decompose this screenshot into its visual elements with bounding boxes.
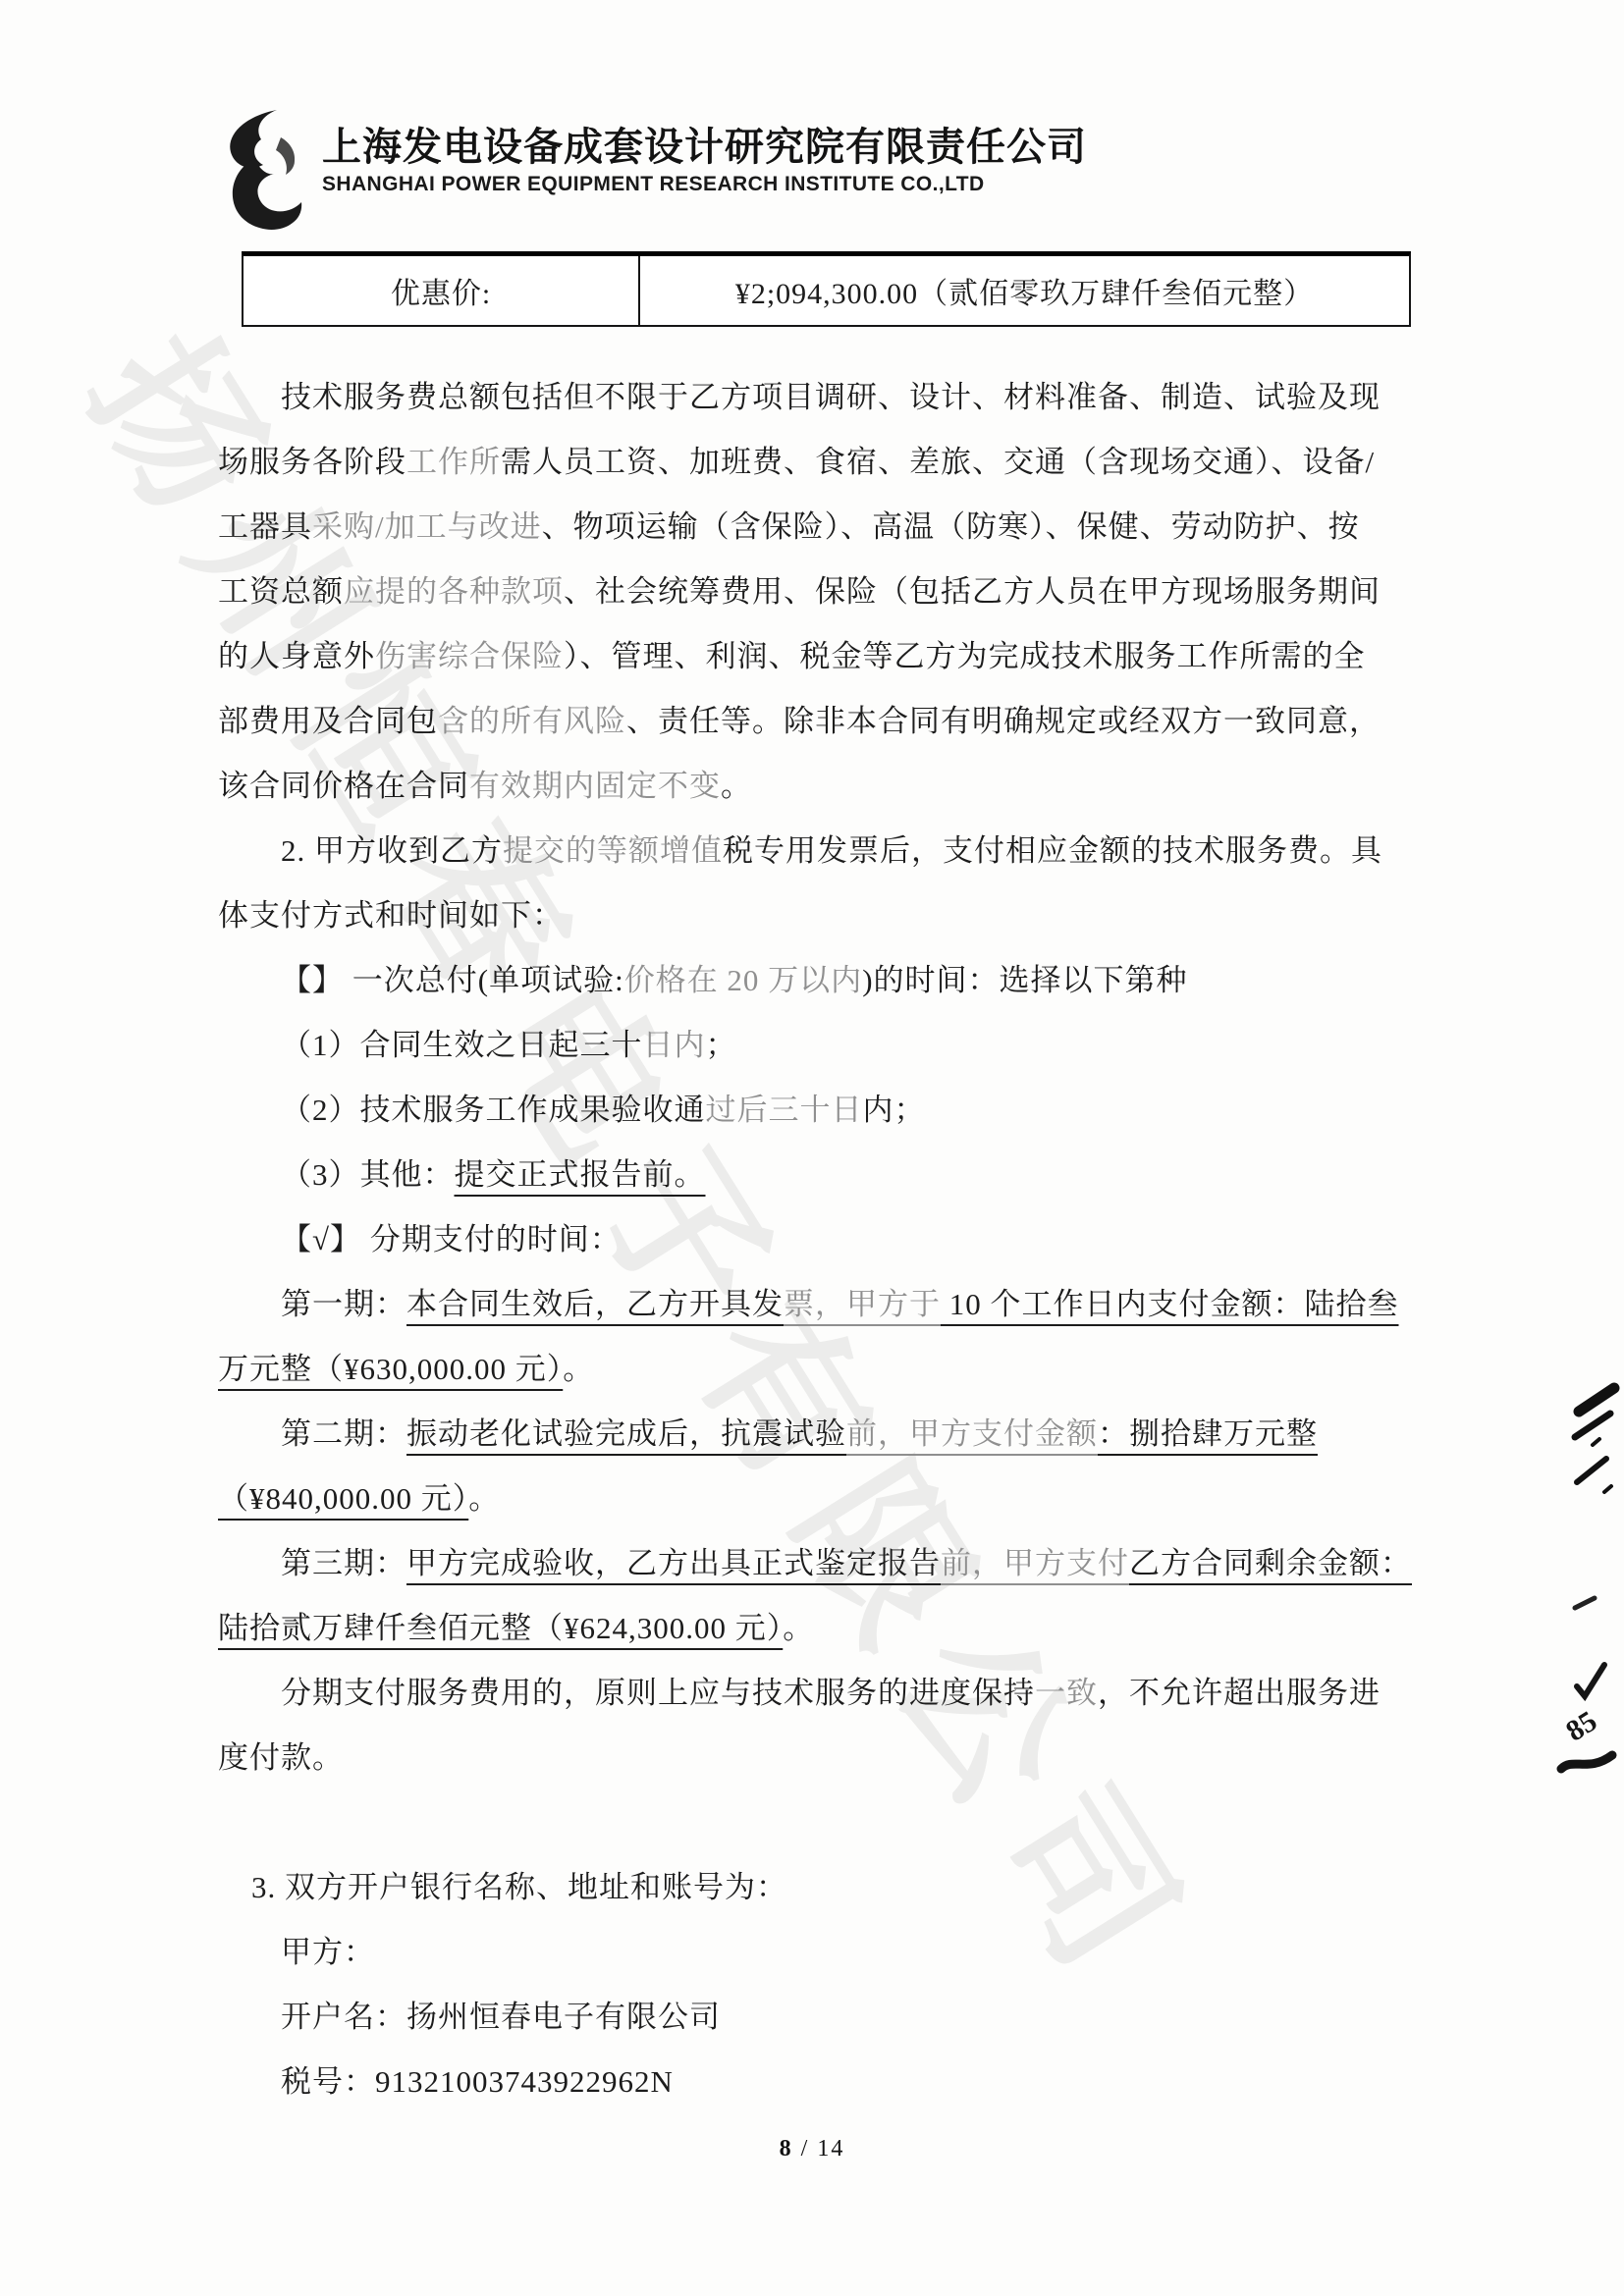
text-run: ； [706, 1028, 737, 1062]
text-run: 、社会统筹费用、保险（包括乙方人员在甲方现场服务期间 [564, 574, 1380, 609]
text-run: 。 [721, 769, 752, 803]
text-line: 【】 一次总付(单项试验:价格在 20 万以内)的时间：选择以下第种 [281, 948, 1411, 1013]
text-line: 的人身意外伤害综合保险）、管理、利润、税金等乙方为完成技术服务工作所需的全 [218, 624, 1411, 689]
text-run: 的人身意外 [218, 639, 375, 673]
text-run: 第一期： [281, 1287, 406, 1321]
text-run: 前，甲方支付 [941, 1546, 1129, 1580]
page-number-current: 8 [780, 2136, 793, 2162]
text-run: 过后三十日 [706, 1093, 863, 1127]
text-line: 第二期：振动老化试验完成后，抗震试验前，甲方支付金额：捌拾肆万元整 [281, 1402, 1411, 1467]
text-run: 第二期： [281, 1416, 406, 1451]
text-run: 2. 甲方收到乙方 [281, 833, 503, 868]
text-run: )的时间：选择以下第种 [862, 963, 1187, 997]
text-run: 。 [563, 1352, 594, 1386]
page-footer: 8 / 14 [0, 2136, 1624, 2163]
ink-squiggle-mark [1555, 1743, 1618, 1777]
text-line: 2. 甲方收到乙方提交的等额增值税专用发票后，支付相应金额的技术服务费。具 [281, 819, 1411, 883]
page-number-total: 14 [817, 2136, 844, 2162]
text-run: 甲方完成验收，乙方出具正式鉴定报告 [406, 1546, 941, 1580]
text-run: 价格在 20 万以内 [624, 963, 863, 997]
text-run: 工器具 [218, 509, 312, 544]
text-line: 第一期：本合同生效后，乙方开具发票，甲方于 10 个工作日内支付金额：陆拾叁 [281, 1272, 1411, 1337]
text-line: 技术服务费总额包括但不限于乙方项目调研、设计、材料准备、制造、试验及现 [281, 365, 1411, 430]
text-run: 开户名：扬州恒春电子有限公司 [281, 2000, 721, 2034]
text-run: 日内 [643, 1028, 706, 1062]
text-run: （3）其他： [281, 1157, 455, 1192]
text-run: 万元整（¥630,000.00 元） [218, 1352, 563, 1386]
text-line: 第三期：甲方完成验收，乙方出具正式鉴定报告前，甲方支付乙方合同剩余金额： [281, 1531, 1411, 1596]
text-run: 采购/加工与改进 [312, 509, 542, 544]
text-run: 陆拾贰万肆仟叁佰元整（¥624,300.00 元） [218, 1611, 783, 1645]
contract-body: 技术服务费总额包括但不限于乙方项目调研、设计、材料准备、制造、试验及现场服务各阶… [218, 365, 1411, 2114]
price-table-row: 优惠价: ¥2;094,300.00（贰佰零玖万肆仟叁佰元整） [242, 251, 1411, 327]
text-run: 工作所 [406, 445, 501, 479]
text-line: 工资总额应提的各种款项、社会统筹费用、保险（包括乙方人员在甲方现场服务期间 [218, 560, 1411, 624]
text-line: 场服务各阶段工作所需人员工资、加班费、食宿、差旅、交通（含现场交通）、设备/ [218, 430, 1411, 495]
text-run: 税专用发票后，支付相应金额的技术服务费。具 [723, 833, 1382, 868]
text-run: 工资总额 [218, 574, 344, 609]
text-run: 伤害综合保险 [375, 639, 564, 673]
text-run: ）、管理、利润、税金等乙方为完成技术服务工作所需的全 [564, 639, 1366, 673]
price-value-cell: ¥2;094,300.00（贰佰零玖万肆仟叁佰元整） [640, 256, 1409, 325]
text-run: 有效期内固定不变 [469, 769, 721, 803]
text-run: 。 [468, 1481, 500, 1516]
text-line: 【√】 分期支付的时间： [281, 1207, 1411, 1272]
text-run: （¥840,000.00 元） [218, 1481, 468, 1516]
price-label-cell: 优惠价: [244, 256, 640, 325]
text-run: 、物项运输（含保险）、高温（防寒）、保健、劳动防护、按 [542, 509, 1360, 544]
text-run: （2）技术服务工作成果验收通 [281, 1093, 706, 1127]
page-number-separator: / [793, 2136, 818, 2162]
letterhead-text: 上海发电设备成套设计研究院有限责任公司 SHANGHAI POWER EQUIP… [322, 108, 1087, 196]
text-run: （1）合同生效之日起三十 [281, 1028, 643, 1062]
text-line: 陆拾贰万肆仟叁佰元整（¥624,300.00 元）。 [218, 1596, 1411, 1661]
text-run: 场服务各阶段 [218, 445, 406, 479]
company-logo-icon [224, 108, 304, 234]
margin-note-number: 85 [1560, 1705, 1602, 1749]
text-run: 应提的各种款项 [344, 574, 564, 609]
blank-line [218, 1790, 1411, 1855]
text-run: 部费用及合同包 [218, 704, 438, 738]
document-page: 扬州恒春电子有限公司 上海发电设备成套设计研究院有限责任公司 SHANGHAI … [0, 0, 1624, 2296]
text-run: 内； [863, 1093, 926, 1127]
text-line: 部费用及合同包含的所有风险、责任等。除非本合同有明确规定或经双方一致同意， [218, 689, 1411, 754]
text-run: 一致 [1035, 1676, 1098, 1710]
text-run: 体支付方式和时间如下： [218, 898, 564, 933]
text-line: 甲方： [281, 1920, 1411, 1985]
text-run: 该合同价格在合同 [218, 769, 469, 803]
text-line: （2）技术服务工作成果验收通过后三十日内； [281, 1078, 1411, 1143]
text-run: 乙方合同剩余金额： [1129, 1546, 1412, 1580]
text-line: （1）合同生效之日起三十日内； [281, 1013, 1411, 1078]
company-name-english: SHANGHAI POWER EQUIPMENT RESEARCH INSTIT… [322, 173, 1087, 196]
text-run: 10 个工作日内支付金额：陆拾叁 [941, 1287, 1399, 1321]
ink-dash-mark [1571, 1592, 1600, 1614]
text-run: 前，甲方支付金额 [846, 1416, 1098, 1451]
text-line: 度付款。 [218, 1726, 1411, 1790]
text-run: 、责任等。除非本合同有明确规定或经双方一致同意， [626, 704, 1380, 738]
text-line: 税号：91321003743922962N [281, 2050, 1411, 2114]
company-name-chinese: 上海发电设备成套设计研究院有限责任公司 [322, 126, 1087, 169]
text-line: 万元整（¥630,000.00 元）。 [218, 1337, 1411, 1402]
text-run: 含的所有风险 [438, 704, 626, 738]
text-line: 体支付方式和时间如下： [218, 883, 1411, 948]
text-line: 分期支付服务费用的，原则上应与技术服务的进度保持一致，不允许超出服务进 [281, 1661, 1411, 1726]
text-line: 该合同价格在合同有效期内固定不变。 [218, 754, 1411, 819]
text-line: 开户名：扬州恒春电子有限公司 [281, 1985, 1411, 2050]
letterhead: 上海发电设备成套设计研究院有限责任公司 SHANGHAI POWER EQUIP… [224, 108, 1087, 234]
text-run: ：捌拾肆万元整 [1098, 1416, 1318, 1451]
text-run: 【√】 分期支付的时间： [281, 1222, 622, 1256]
text-run: 第三期： [281, 1546, 406, 1580]
text-run: ，不允许超出服务进 [1098, 1676, 1380, 1710]
text-run: 税号：91321003743922962N [281, 2064, 674, 2099]
handwritten-ink-marks [1563, 1382, 1624, 1520]
text-line: （¥840,000.00 元）。 [218, 1467, 1411, 1531]
text-run: 本合同生效后，乙方开具发 [406, 1287, 784, 1321]
text-run: 3. 双方开户银行名称、地址和账号为： [251, 1870, 787, 1904]
text-run: 技术服务费总额包括但不限于乙方项目调研、设计、材料准备、制造、试验及现 [281, 380, 1380, 414]
text-run: 需人员工资、加班费、食宿、差旅、交通（含现场交通）、设备/ [501, 445, 1375, 479]
text-line: 3. 双方开户银行名称、地址和账号为： [251, 1855, 1411, 1920]
text-line: 工器具采购/加工与改进、物项运输（含保险）、高温（防寒）、保健、劳动防护、按 [218, 495, 1411, 560]
text-run: 。 [783, 1611, 814, 1645]
text-run: 度付款。 [218, 1740, 344, 1775]
text-run: 票，甲方于 [784, 1287, 941, 1321]
text-run: 提交的等额增值 [503, 833, 723, 868]
text-run: 分期支付服务费用的，原则上应与技术服务的进度保持 [281, 1676, 1035, 1710]
text-run: 甲方： [281, 1935, 375, 1969]
text-run: 提交正式报告前。 [455, 1157, 706, 1192]
text-line: （3）其他：提交正式报告前。 [281, 1143, 1411, 1207]
text-run: 【】 一次总付(单项试验: [281, 963, 624, 997]
text-run: 振动老化试验完成后，抗震试验 [406, 1416, 846, 1451]
ink-check-mark [1569, 1657, 1608, 1704]
